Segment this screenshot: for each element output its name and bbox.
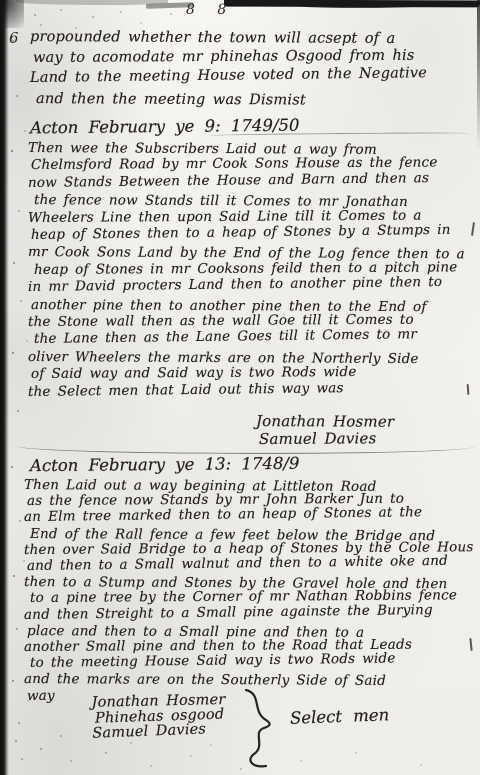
entry2-signatures: Jonathan Hosmer Phinehas osgood Samuel D… xyxy=(91,692,226,742)
minute-line: Land to the meeting House voted on the N… xyxy=(30,63,476,89)
page-number: 8 8 xyxy=(186,2,235,18)
signature-line: Samuel Davies xyxy=(92,722,226,743)
paper-speckles xyxy=(0,0,2,2)
signature-line: Jonathan Hosmer xyxy=(256,412,394,431)
minute-paragraph: propounded whether the town will acsept … xyxy=(30,27,476,109)
scan-corner-smudge xyxy=(0,0,24,28)
entry1-body: Then wee the Subscribers Laid out a way … xyxy=(28,140,476,401)
entry1-line: in mr David procters Land then to anothe… xyxy=(28,274,476,297)
margin-item-number: 6 xyxy=(9,29,19,47)
selectmen-label: Select men xyxy=(290,705,390,727)
entry1-line: the Lane then as the Lane Goes till it C… xyxy=(28,326,476,349)
binding-edge xyxy=(0,0,9,775)
minute-line: and then the meeting was Dismist xyxy=(30,89,476,112)
entry2-body: Then Laid out a way begining at Littleto… xyxy=(24,477,476,704)
entry2-heading: Acton February ye 13: 1748/9 xyxy=(30,454,300,475)
top-edge-band-thick xyxy=(298,4,420,8)
selectmen-brace xyxy=(232,688,282,774)
manuscript-page: 8 8 6 propounded whether the town will a… xyxy=(0,0,480,775)
